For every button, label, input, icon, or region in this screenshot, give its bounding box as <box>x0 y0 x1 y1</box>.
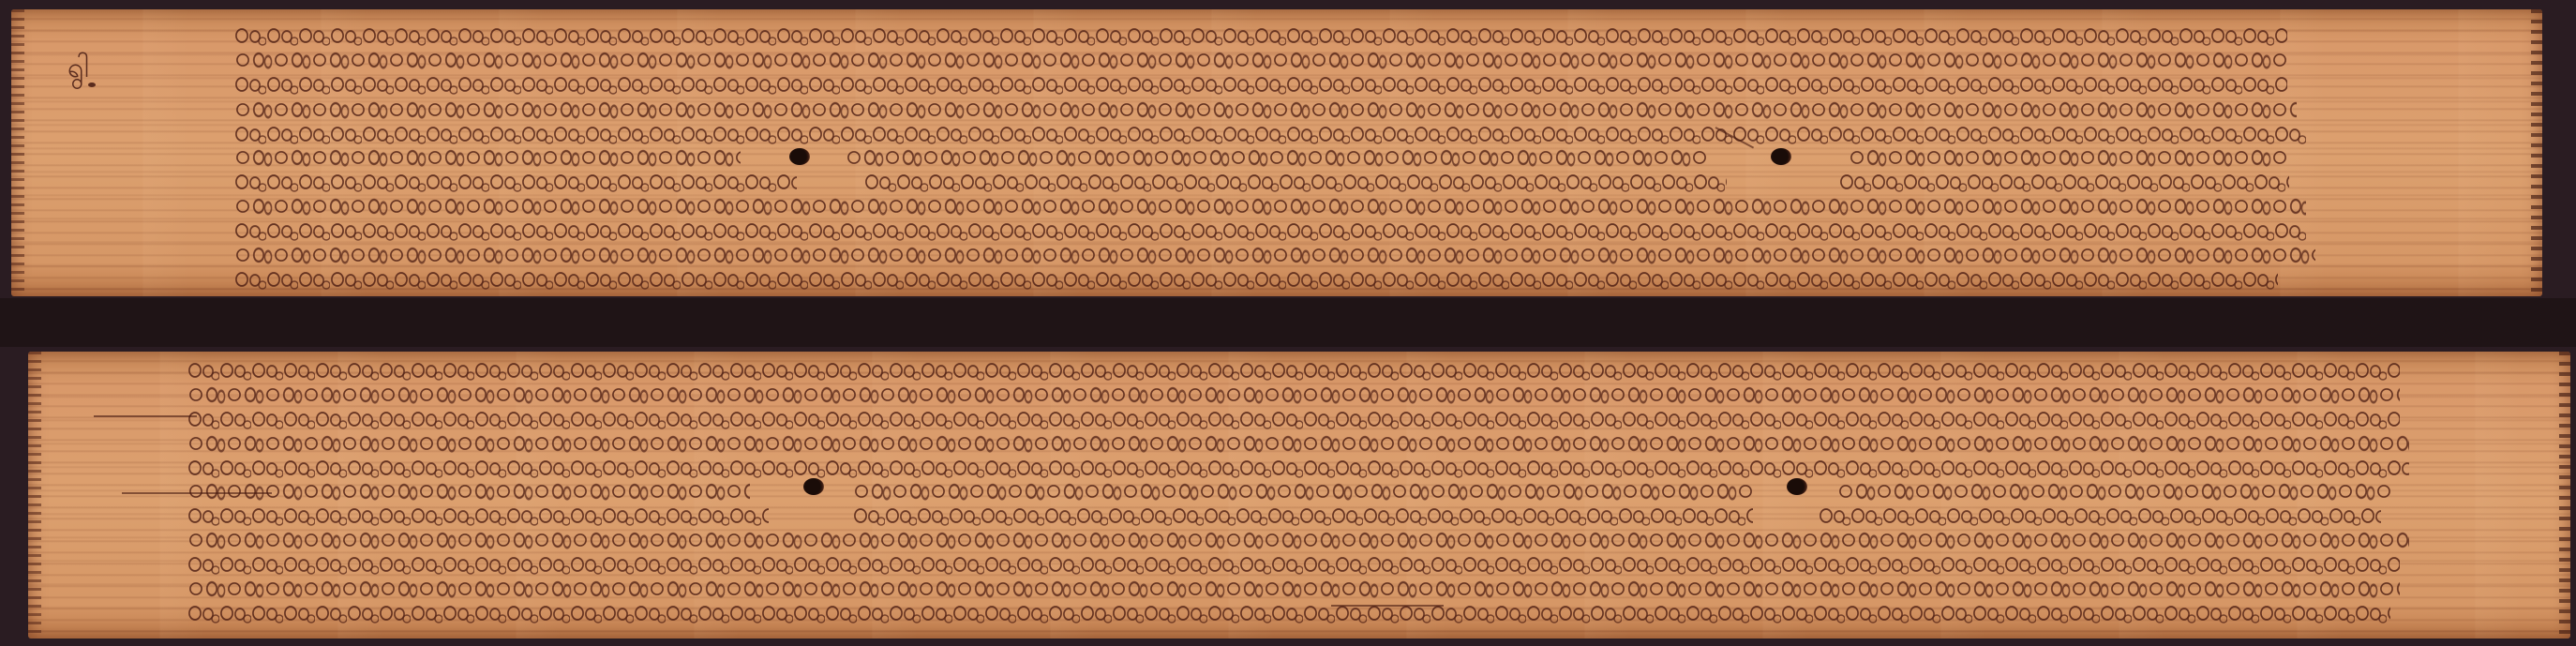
scratch-mark <box>1331 605 1444 607</box>
script-line <box>187 480 750 503</box>
script-line <box>187 602 2390 624</box>
script-line <box>846 146 1708 169</box>
script-line <box>1849 146 2289 169</box>
script-line <box>864 171 1727 193</box>
script-line <box>853 504 1753 527</box>
script-line <box>234 98 2297 121</box>
script-line <box>234 195 2306 218</box>
script-line <box>187 383 2400 406</box>
background-band <box>0 298 2576 347</box>
palm-leaf-top: ရွါ line 1 of Burmese scriptline 2 of Bu… <box>11 9 2542 296</box>
binding-hole-right <box>1787 478 1807 495</box>
script-line <box>187 359 2400 382</box>
script-line <box>1839 171 2289 193</box>
binding-hole-left <box>803 478 824 495</box>
script-line <box>234 219 2306 242</box>
binding-hole-right <box>1771 148 1791 165</box>
script-line <box>187 432 2409 455</box>
script-line <box>187 504 769 527</box>
script-line <box>853 480 1753 503</box>
script-line <box>234 268 2278 291</box>
script-line <box>234 49 2287 71</box>
script-line <box>234 123 2306 145</box>
folio-number: ရွါ <box>67 49 88 91</box>
script-line <box>187 578 2400 600</box>
script-line <box>187 553 2400 576</box>
script-line <box>187 529 2409 551</box>
binding-hole-left <box>789 148 810 165</box>
folio-dot-mark <box>88 83 96 87</box>
leaf-edge-left <box>11 9 24 296</box>
script-line <box>234 24 2287 47</box>
script-line <box>1819 504 2381 527</box>
leaf-edge-right <box>2559 352 2570 638</box>
scratch-mark <box>122 492 272 494</box>
palm-leaf-bottom: line 1 of Burmese scriptline 2 of Burmes… <box>28 352 2570 638</box>
script-line <box>234 73 2287 96</box>
script-line <box>234 244 2315 266</box>
script-line <box>1837 480 2390 503</box>
script-line <box>234 146 741 169</box>
leaf-edge-right <box>2531 9 2542 296</box>
script-line <box>234 171 797 193</box>
scratch-mark <box>94 415 197 417</box>
script-line <box>187 457 2409 479</box>
script-line <box>187 408 2400 430</box>
leaf-edge-left <box>28 352 41 638</box>
